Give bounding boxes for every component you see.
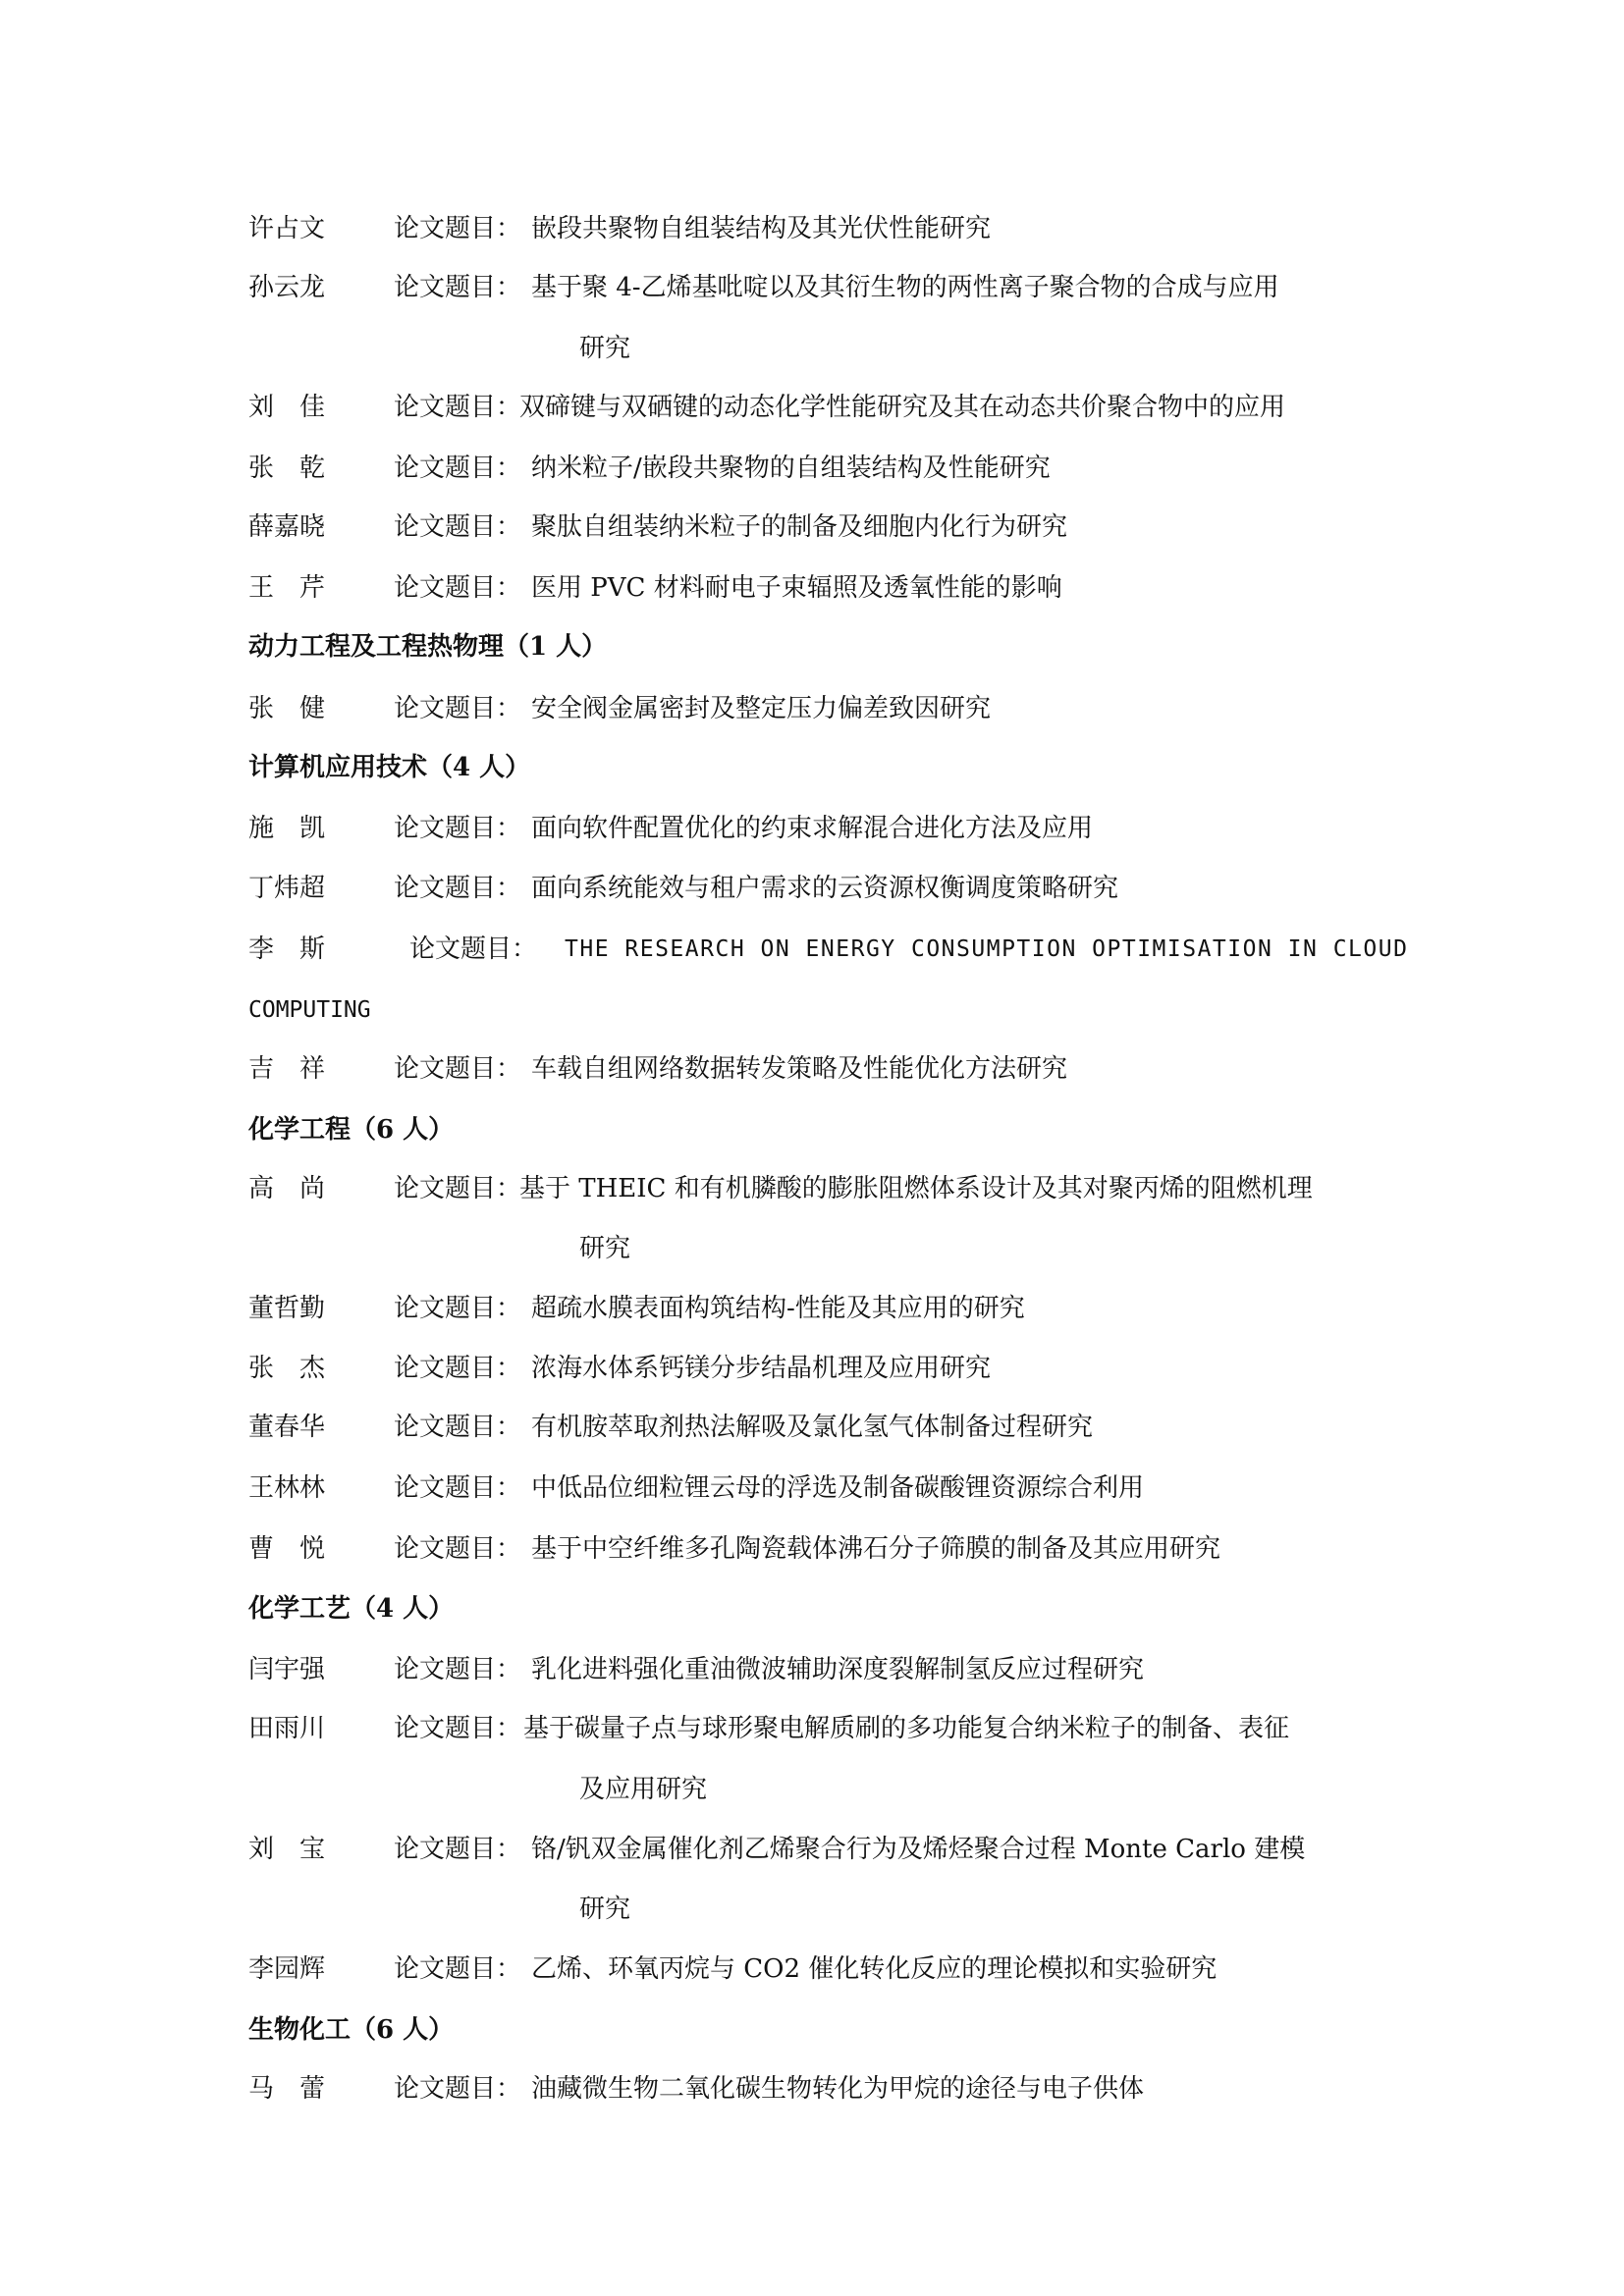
student-name: 薛嘉晓	[248, 512, 376, 542]
student-name: 闫宇强	[248, 1655, 376, 1684]
thesis-label: 论文题目：	[394, 1413, 521, 1442]
section-heading: 化学工程（6 人）	[248, 1115, 454, 1145]
thesis-label: 论文题目：	[394, 1294, 521, 1323]
thesis-title: 车载自组网络数据转发策略及性能优化方法研究	[531, 1054, 1067, 1084]
thesis-title: 双碲键与双硒键的动态化学性能研究及其在动态共价聚合物中的应用	[519, 393, 1285, 422]
thesis-label: 论文题目：	[394, 1354, 521, 1383]
thesis-title-continuation: 研究	[579, 334, 630, 363]
student-name: 刘 佳	[248, 393, 376, 422]
student-name: 董春华	[248, 1413, 376, 1442]
section-heading: 计算机应用技术（4 人）	[248, 753, 530, 782]
student-name: 马 蕾	[248, 2074, 376, 2104]
student-name: 施 凯	[248, 814, 376, 843]
thesis-title: 基于 THEIC 和有机膦酸的膨胀阻燃体系设计及其对聚丙烯的阻燃机理	[519, 1174, 1313, 1203]
thesis-label: 论文题目：	[394, 454, 521, 483]
thesis-title-continuation: 研究	[579, 1895, 630, 1924]
thesis-title: 聚肽自组装纳米粒子的制备及细胞内化行为研究	[531, 512, 1067, 542]
thesis-title: 乳化进料强化重油微波辅助深度裂解制氢反应过程研究	[531, 1655, 1144, 1684]
thesis-label: 论文题目：	[394, 1473, 521, 1503]
thesis-title-continuation: COMPUTING	[248, 995, 371, 1025]
thesis-label: 论文题目：	[394, 1835, 521, 1864]
thesis-label: 论文题目：	[394, 1655, 521, 1684]
student-name: 张 乾	[248, 454, 376, 483]
student-name: 孙云龙	[248, 273, 376, 302]
section-heading: 生物化工（6 人）	[248, 2015, 454, 2045]
student-name: 曹 悦	[248, 1534, 376, 1564]
thesis-label: 论文题目：	[409, 934, 537, 964]
thesis-label: 论文题目：	[394, 1054, 521, 1084]
thesis-title: THE RESEARCH ON ENERGY CONSUMPTION OPTIM…	[565, 934, 1408, 964]
student-name: 王林林	[248, 1473, 376, 1503]
thesis-title: 面向软件配置优化的约束求解混合进化方法及应用	[531, 814, 1093, 843]
thesis-title-continuation: 研究	[579, 1234, 630, 1263]
thesis-label: 论文题目：	[394, 874, 521, 903]
thesis-title: 嵌段共聚物自组装结构及其光伏性能研究	[531, 214, 991, 243]
thesis-title: 面向系统能效与租户需求的云资源权衡调度策略研究	[531, 874, 1118, 903]
student-name: 李园辉	[248, 1954, 376, 1984]
student-name: 董哲勤	[248, 1294, 376, 1323]
thesis-title: 基于中空纤维多孔陶瓷载体沸石分子筛膜的制备及其应用研究	[531, 1534, 1220, 1564]
thesis-title: 安全阀金属密封及整定压力偏差致因研究	[531, 694, 991, 723]
student-name: 张 健	[248, 694, 376, 723]
thesis-title: 基于碳量子点与球形聚电解质刷的多功能复合纳米粒子的制备、表征	[523, 1714, 1289, 1743]
thesis-title: 医用 PVC 材料耐电子束辐照及透氧性能的影响	[531, 573, 1062, 603]
thesis-label: 论文题目：	[394, 1714, 521, 1743]
thesis-label: 论文题目：	[394, 2074, 521, 2104]
thesis-label: 论文题目：	[394, 1174, 521, 1203]
thesis-label: 论文题目：	[394, 393, 521, 422]
student-name: 张 杰	[248, 1354, 376, 1383]
thesis-title: 基于聚 4-乙烯基吡啶以及其衍生物的两性离子聚合物的合成与应用	[531, 273, 1279, 302]
thesis-title-continuation: 及应用研究	[579, 1775, 707, 1804]
thesis-title: 纳米粒子/嵌段共聚物的自组装结构及性能研究	[531, 454, 1051, 483]
student-name: 丁炜超	[248, 874, 376, 903]
student-name: 吉 祥	[248, 1054, 376, 1084]
thesis-title: 超疏水膜表面构筑结构-性能及其应用的研究	[531, 1294, 1025, 1323]
student-name: 王 芹	[248, 573, 376, 603]
thesis-title: 有机胺萃取剂热法解吸及氯化氢气体制备过程研究	[531, 1413, 1093, 1442]
thesis-label: 论文题目：	[394, 512, 521, 542]
thesis-label: 论文题目：	[394, 273, 521, 302]
thesis-label: 论文题目：	[394, 694, 521, 723]
thesis-title: 乙烯、环氧丙烷与 CO2 催化转化反应的理论模拟和实验研究	[531, 1954, 1217, 1984]
section-heading: 动力工程及工程热物理（1 人）	[248, 632, 607, 662]
thesis-title: 铬/钒双金属催化剂乙烯聚合行为及烯烃聚合过程 Monte Carlo 建模	[531, 1835, 1305, 1864]
student-name: 许占文	[248, 214, 376, 243]
student-name: 高 尚	[248, 1174, 376, 1203]
section-heading: 化学工艺（4 人）	[248, 1594, 454, 1624]
thesis-title: 中低品位细粒锂云母的浮选及制备碳酸锂资源综合利用	[531, 1473, 1144, 1503]
student-name: 刘 宝	[248, 1835, 376, 1864]
thesis-label: 论文题目：	[394, 214, 521, 243]
student-name: 田雨川	[248, 1714, 376, 1743]
thesis-label: 论文题目：	[394, 814, 521, 843]
thesis-label: 论文题目：	[394, 1954, 521, 1984]
student-name: 李 斯	[248, 934, 376, 964]
thesis-title: 浓海水体系钙镁分步结晶机理及应用研究	[531, 1354, 991, 1383]
thesis-title: 油藏微生物二氧化碳生物转化为甲烷的途径与电子供体	[531, 2074, 1144, 2104]
thesis-label: 论文题目：	[394, 1534, 521, 1564]
thesis-label: 论文题目：	[394, 573, 521, 603]
